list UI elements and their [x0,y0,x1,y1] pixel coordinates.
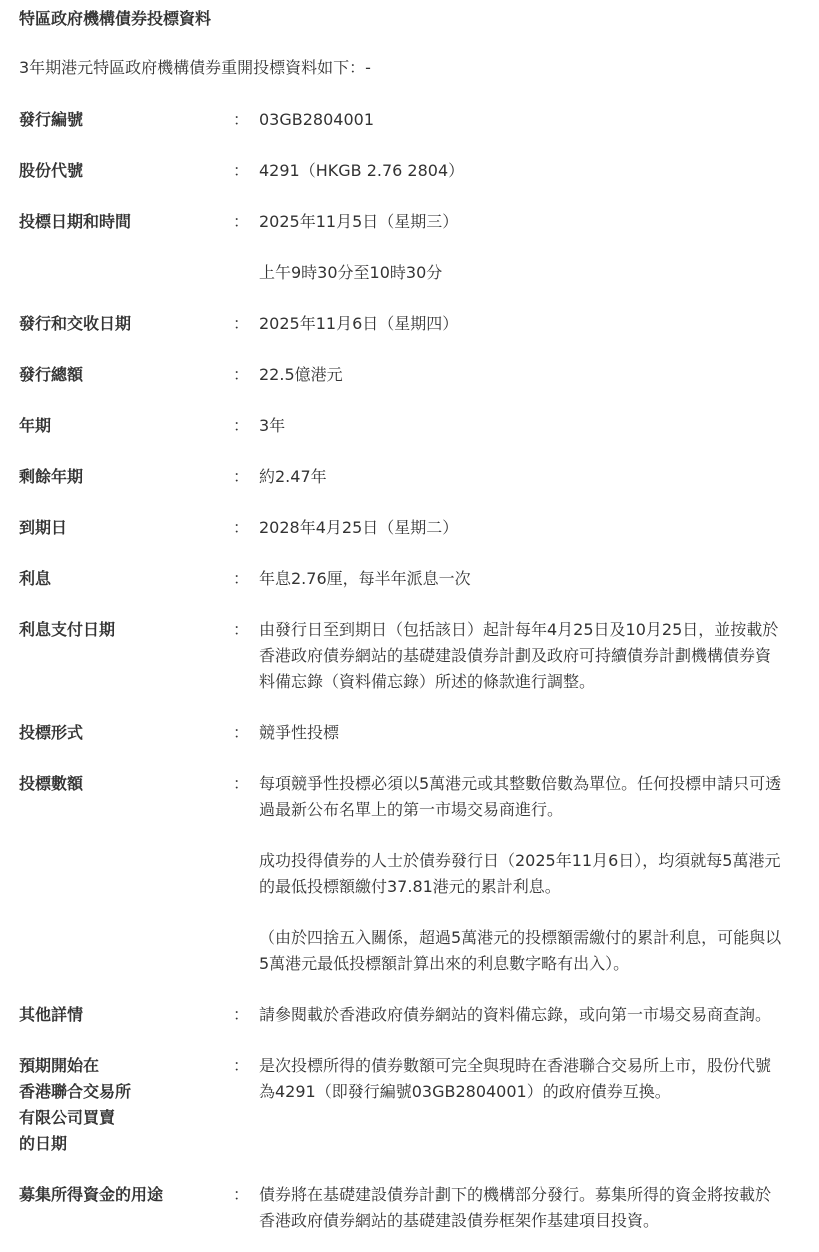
row-value-paragraph: 由發行日至到期日（包括該日）起計每年4月25日及10月25日，並按載於香港政府債… [259,617,782,695]
row-value-paragraph: 2028年4月25日（星期二） [259,515,782,541]
row-value: 每項競爭性投標必須以5萬港元或其整數倍數為單位。任何投標申請只可透過最新公布名單… [259,771,800,977]
row-value-paragraph: 競爭性投標 [259,720,782,746]
row-value-paragraph: 上午9時30分至10時30分 [259,260,782,286]
row-label: 年期 [19,413,229,439]
row-label: 發行總額 [19,362,229,388]
row-label-line: 股份代號 [19,158,229,184]
row-label: 募集所得資金的用途 [19,1182,229,1208]
row-label-line: 年期 [19,413,229,439]
row-value-paragraph: 03GB2804001 [259,107,782,133]
separator-colon: ： [229,362,259,388]
row-value: 22.5億港元 [259,362,800,388]
row-label-line: 投標數額 [19,771,229,797]
intro-text: 3年期港元特區政府機構債券重開投標資料如下：- [19,32,800,81]
row-label: 利息 [19,566,229,592]
separator-colon: ： [229,1002,259,1028]
separator-colon: ： [229,617,259,643]
separator-colon: ： [229,311,259,337]
row-label: 投標數額 [19,771,229,797]
tender-info-document: 特區政府機構債券投標資料 3年期港元特區政府機構債券重開投標資料如下：- 發行編… [0,0,819,1234]
info-row: 預期開始在香港聯合交易所有限公司買賣的日期：是次投標所得的債券數額可完全與現時在… [19,1053,800,1157]
row-label-line: 預期開始在 [19,1053,229,1079]
row-value-paragraph: 2025年11月6日（星期四） [259,311,782,337]
row-label-line: 剩餘年期 [19,464,229,490]
page-title: 特區政府機構債券投標資料 [19,0,800,32]
info-row: 其他詳情：請參閱載於香港政府債券網站的資料備忘錄，或向第一市場交易商查詢。 [19,1002,800,1028]
row-label: 預期開始在香港聯合交易所有限公司買賣的日期 [19,1053,229,1157]
row-value-paragraph: 約2.47年 [259,464,782,490]
row-value: 由發行日至到期日（包括該日）起計每年4月25日及10月25日，並按載於香港政府債… [259,617,800,695]
row-value: 年息2.76厘，每半年派息一次 [259,566,800,592]
row-value: 2028年4月25日（星期二） [259,515,800,541]
row-value: 3年 [259,413,800,439]
info-row: 發行編號：03GB2804001 [19,107,800,133]
info-row: 募集所得資金的用途：債券將在基礎建設債券計劃下的機構部分發行。募集所得的資金將按… [19,1182,800,1234]
row-value: 是次投標所得的債券數額可完全與現時在香港聯合交易所上市，股份代號為4291（即發… [259,1053,800,1105]
separator-colon: ： [229,464,259,490]
row-value: 03GB2804001 [259,107,800,133]
row-value-paragraph: （由於四捨五入關係，超過5萬港元的投標額需繳付的累計利息，可能與以5萬港元最低投… [259,925,782,977]
separator-colon: ： [229,107,259,133]
separator-colon: ： [229,1053,259,1079]
row-label: 到期日 [19,515,229,541]
row-value: 2025年11月5日（星期三）上午9時30分至10時30分 [259,209,800,286]
separator-colon: ： [229,771,259,797]
row-label: 股份代號 [19,158,229,184]
row-value: 債券將在基礎建設債券計劃下的機構部分發行。募集所得的資金將按載於香港政府債券網站… [259,1182,800,1234]
row-label: 投標日期和時間 [19,209,229,235]
row-value-paragraph: 成功投得債券的人士於債券發行日（2025年11月6日），均須就每5萬港元的最低投… [259,848,782,900]
row-value: 4291（HKGB 2.76 2804） [259,158,800,184]
row-label-line: 利息支付日期 [19,617,229,643]
info-row: 剩餘年期：約2.47年 [19,464,800,490]
row-label-line: 有限公司買賣 [19,1105,229,1131]
separator-colon: ： [229,720,259,746]
row-value-paragraph: 每項競爭性投標必須以5萬港元或其整數倍數為單位。任何投標申請只可透過最新公布名單… [259,771,782,823]
row-label-line: 發行總額 [19,362,229,388]
row-value-paragraph: 2025年11月5日（星期三） [259,209,782,235]
info-row: 到期日：2028年4月25日（星期二） [19,515,800,541]
info-row: 股份代號：4291（HKGB 2.76 2804） [19,158,800,184]
info-row: 利息：年息2.76厘，每半年派息一次 [19,566,800,592]
row-value: 約2.47年 [259,464,800,490]
info-row: 投標日期和時間：2025年11月5日（星期三）上午9時30分至10時30分 [19,209,800,286]
row-value-paragraph: 22.5億港元 [259,362,782,388]
row-value-paragraph: 是次投標所得的債券數額可完全與現時在香港聯合交易所上市，股份代號為4291（即發… [259,1053,782,1105]
info-row: 投標數額：每項競爭性投標必須以5萬港元或其整數倍數為單位。任何投標申請只可透過最… [19,771,800,977]
info-row: 發行和交收日期：2025年11月6日（星期四） [19,311,800,337]
separator-colon: ： [229,158,259,184]
row-value: 競爭性投標 [259,720,800,746]
info-table: 發行編號：03GB2804001股份代號：4291（HKGB 2.76 2804… [19,107,800,1234]
separator-colon: ： [229,566,259,592]
separator-colon: ： [229,413,259,439]
row-label: 發行編號 [19,107,229,133]
row-value-paragraph: 4291（HKGB 2.76 2804） [259,158,782,184]
row-value-paragraph: 債券將在基礎建設債券計劃下的機構部分發行。募集所得的資金將按載於香港政府債券網站… [259,1182,782,1234]
separator-colon: ： [229,1182,259,1208]
row-label: 利息支付日期 [19,617,229,643]
row-label-line: 發行和交收日期 [19,311,229,337]
separator-colon: ： [229,515,259,541]
row-value: 請參閱載於香港政府債券網站的資料備忘錄，或向第一市場交易商查詢。 [259,1002,800,1028]
info-row: 發行總額：22.5億港元 [19,362,800,388]
row-label-line: 到期日 [19,515,229,541]
row-label: 其他詳情 [19,1002,229,1028]
row-label-line: 投標形式 [19,720,229,746]
row-value: 2025年11月6日（星期四） [259,311,800,337]
row-label-line: 發行編號 [19,107,229,133]
info-row: 年期：3年 [19,413,800,439]
row-label: 發行和交收日期 [19,311,229,337]
row-label: 投標形式 [19,720,229,746]
row-value-paragraph: 年息2.76厘，每半年派息一次 [259,566,782,592]
row-label: 剩餘年期 [19,464,229,490]
row-label-line: 香港聯合交易所 [19,1079,229,1105]
row-value-paragraph: 3年 [259,413,782,439]
info-row: 投標形式：競爭性投標 [19,720,800,746]
separator-colon: ： [229,209,259,235]
row-label-line: 投標日期和時間 [19,209,229,235]
row-label-line: 的日期 [19,1131,229,1157]
row-label-line: 其他詳情 [19,1002,229,1028]
info-row: 利息支付日期：由發行日至到期日（包括該日）起計每年4月25日及10月25日，並按… [19,617,800,695]
row-value-paragraph: 請參閱載於香港政府債券網站的資料備忘錄，或向第一市場交易商查詢。 [259,1002,782,1028]
row-label-line: 利息 [19,566,229,592]
row-label-line: 募集所得資金的用途 [19,1182,229,1208]
